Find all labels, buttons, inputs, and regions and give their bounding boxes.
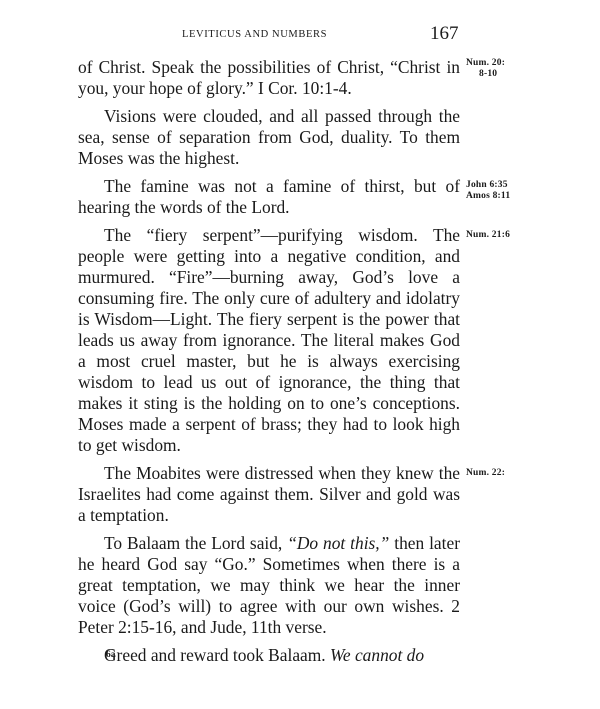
body-text: of Christ. Speak the possibilities of Ch… xyxy=(78,57,460,673)
paragraph-3: The famine was not a famine of thirst, b… xyxy=(78,176,460,218)
margin-note-line: Amos 8:11 xyxy=(466,191,510,201)
paragraph-4: The “fiery serpent”—purifying wisdom. Th… xyxy=(78,225,460,456)
paragraph-5: The Moabites were distressed when they k… xyxy=(78,463,460,526)
paragraph-text: The famine was not a famine of thirst, b… xyxy=(78,176,460,217)
paragraph-text: To Balaam the Lord said, xyxy=(104,533,287,553)
margin-note-num-22: Num. 22: xyxy=(466,468,566,479)
margin-note-line: Num. 21:6 xyxy=(466,230,510,240)
paragraph-7: Greed and reward took Balaam. We cannot … xyxy=(78,645,460,666)
margin-note-num-20: Num. 20: 8-10 xyxy=(466,58,566,80)
margin-note-line: John 6:35 xyxy=(466,180,508,190)
page-header: LEVITICUS AND NUMBERS 167 xyxy=(0,24,600,44)
paragraph-text: The “fiery serpent”—purifying wisdom. Th… xyxy=(78,225,460,455)
paragraph-text: of Christ. Speak the possibilities of Ch… xyxy=(78,57,460,98)
paragraph-text: Visions were clouded, and all passed thr… xyxy=(78,106,460,168)
running-title: LEVITICUS AND NUMBERS xyxy=(182,29,327,40)
paragraph-2: Visions were clouded, and all passed thr… xyxy=(78,106,460,169)
paragraph-italic-quote: “Do not this,” xyxy=(287,533,389,553)
paragraph-italic-text: We cannot do xyxy=(330,645,424,665)
margin-note-line: 8-10 xyxy=(466,69,566,80)
paragraph-6: To Balaam the Lord said, “Do not this,” … xyxy=(78,533,460,638)
page-number: 167 xyxy=(430,23,459,45)
margin-note-line: Num. 22: xyxy=(466,468,505,478)
margin-note-line: Num. 20: xyxy=(466,58,505,68)
paragraph-text: Greed and reward took Balaam. xyxy=(104,645,330,665)
margin-note-num-21: Num. 21:6 xyxy=(466,230,566,241)
margin-note-john-amos: John 6:35 Amos 8:11 xyxy=(466,180,566,202)
paragraph-text: The Moabites were distressed when they k… xyxy=(78,463,460,525)
paragraph-1: of Christ. Speak the possibilities of Ch… xyxy=(78,57,460,99)
signature-mark: 6a xyxy=(106,650,116,660)
